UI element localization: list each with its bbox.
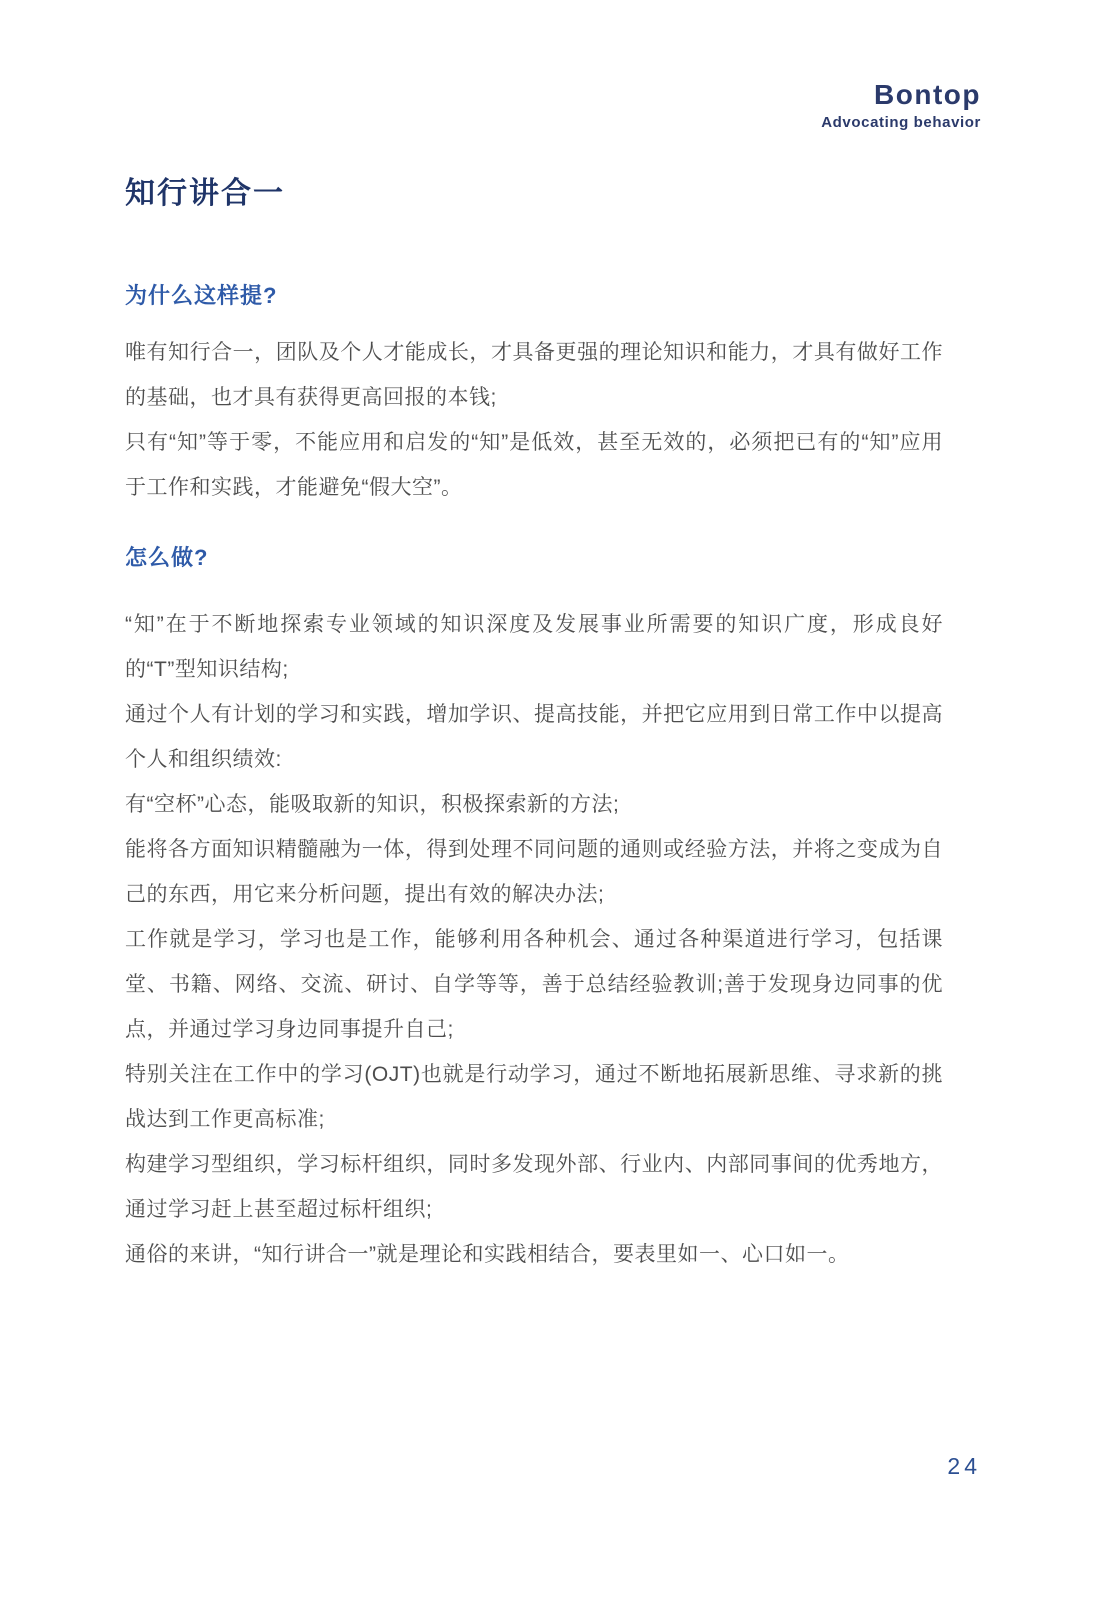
section-why: 为什么这样提? 唯有知行合一，团队及个人才能成长，才具备更强的理论知识和能力，才… <box>125 283 943 510</box>
paragraph: 构建学习型组织，学习标杆组织，同时多发现外部、行业内、内部同事间的优秀地方，通过… <box>125 1142 943 1232</box>
section-heading-how: 怎么做? <box>125 545 943 571</box>
brand-tagline: Advocating behavior <box>821 114 981 131</box>
page-number: 24 <box>947 1453 981 1480</box>
paragraph: 工作就是学习，学习也是工作，能够利用各种机会、通过各种渠道进行学习，包括课堂、书… <box>125 917 943 1052</box>
section-body-how: “知”在于不断地探索专业领域的知识深度及发展事业所需要的知识广度，形成良好的“T… <box>125 602 943 1277</box>
document-page: Bontop Advocating behavior 知行讲合一 为什么这样提?… <box>0 0 1093 1600</box>
section-how: 怎么做? “知”在于不断地探索专业领域的知识深度及发展事业所需要的知识广度，形成… <box>125 545 943 1277</box>
brand-logo: Bontop Advocating behavior <box>821 80 981 131</box>
paragraph: 通过个人有计划的学习和实践，增加学识、提高技能，并把它应用到日常工作中以提高个人… <box>125 692 943 782</box>
page-title: 知行讲合一 <box>125 176 285 212</box>
paragraph: 特别关注在工作中的学习(OJT)也就是行动学习，通过不断地拓展新思维、寻求新的挑… <box>125 1052 943 1142</box>
section-heading-why: 为什么这样提? <box>125 283 943 309</box>
paragraph: 有“空杯”心态，能吸取新的知识，积极探索新的方法; <box>125 782 943 827</box>
section-body-why: 唯有知行合一，团队及个人才能成长，才具备更强的理论知识和能力，才具有做好工作的基… <box>125 330 943 510</box>
paragraph: 能将各方面知识精髓融为一体，得到处理不同问题的通则或经验方法，并将之变成为自己的… <box>125 827 943 917</box>
paragraph: “知”在于不断地探索专业领域的知识深度及发展事业所需要的知识广度，形成良好的“T… <box>125 602 943 692</box>
brand-name: Bontop <box>821 80 981 111</box>
paragraph: 通俗的来讲，“知行讲合一”就是理论和实践相结合，要表里如一、心口如一。 <box>125 1232 943 1277</box>
paragraph: 只有“知”等于零，不能应用和启发的“知”是低效，甚至无效的，必须把已有的“知”应… <box>125 420 943 510</box>
paragraph: 唯有知行合一，团队及个人才能成长，才具备更强的理论知识和能力，才具有做好工作的基… <box>125 330 943 420</box>
